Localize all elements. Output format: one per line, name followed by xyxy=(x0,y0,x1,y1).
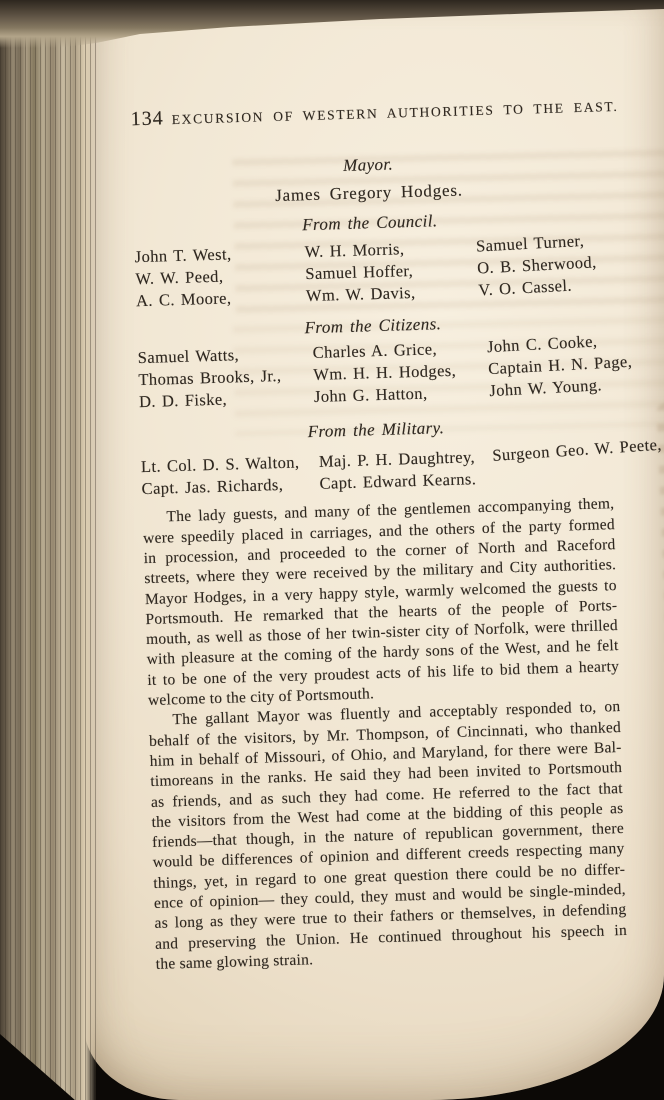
text-line: A. C. Moore, xyxy=(136,285,307,312)
citizens-column-1: Samuel Watts,Thomas Brooks, Jr.,D. D. Fi… xyxy=(137,342,314,413)
bleedthrough-texture xyxy=(656,400,664,1013)
page-number: 134 xyxy=(130,107,164,131)
military-column-1: Lt. Col. D. S. Walton,Capt. Jas. Richard… xyxy=(141,451,320,500)
military-column-2: Maj. P. H. Daughtrey,Capt. Edward Kearns… xyxy=(319,445,494,494)
council-name-list: John T. West,W. W. Peed,A. C. Moore, W. … xyxy=(134,232,608,311)
military-column-3: Surgeon Geo. W. Peete, xyxy=(492,437,615,488)
page-header: 134 EXCURSION OF WESTERN AUTHORITIES TO … xyxy=(130,94,602,131)
book-left-page-edges xyxy=(0,0,96,1100)
council-column-2: W. H. Morris,Samuel Hoffer,Wm. W. Davis, xyxy=(304,236,478,306)
text-line: Surgeon Geo. W. Peete, xyxy=(492,437,613,467)
military-name-list: Lt. Col. D. S. Walton,Capt. Jas. Richard… xyxy=(141,442,614,500)
body-paragraph-1: The lady guests, and many of the gentlem… xyxy=(142,494,620,711)
citizens-column-2: Charles A. Grice,Wm. H. H. Hodges,John G… xyxy=(312,337,489,408)
council-column-1: John T. West,W. W. Peed,A. C. Moore, xyxy=(134,241,306,311)
citizens-name-list: Samuel Watts,Thomas Brooks, Jr.,D. D. Fi… xyxy=(137,334,611,413)
page-content: 134 EXCURSION OF WESTERN AUTHORITIES TO … xyxy=(130,82,628,975)
text-line: Capt. Edward Kearns. xyxy=(319,467,494,494)
body-paragraph-2: The gallant Mayor was fluently and accep… xyxy=(148,697,628,975)
book-scan-photo: 134 EXCURSION OF WESTERN AUTHORITIES TO … xyxy=(0,0,664,1100)
running-header: EXCURSION OF WESTERN AUTHORITIES TO THE … xyxy=(163,99,618,128)
text-line: Wm. W. Davis, xyxy=(306,280,479,307)
book-page: 134 EXCURSION OF WESTERN AUTHORITIES TO … xyxy=(84,6,664,1100)
citizens-column-3: John C. Cooke,Captain H. N. Page,John W.… xyxy=(487,330,612,402)
text-line: John G. Hatton, xyxy=(314,381,490,408)
text-line: Capt. Jas. Richards, xyxy=(141,472,320,499)
council-column-3: Samuel Turner,O. B. Sherwood,V. O. Casse… xyxy=(476,229,609,301)
text-line: D. D. Fiske, xyxy=(139,386,315,413)
